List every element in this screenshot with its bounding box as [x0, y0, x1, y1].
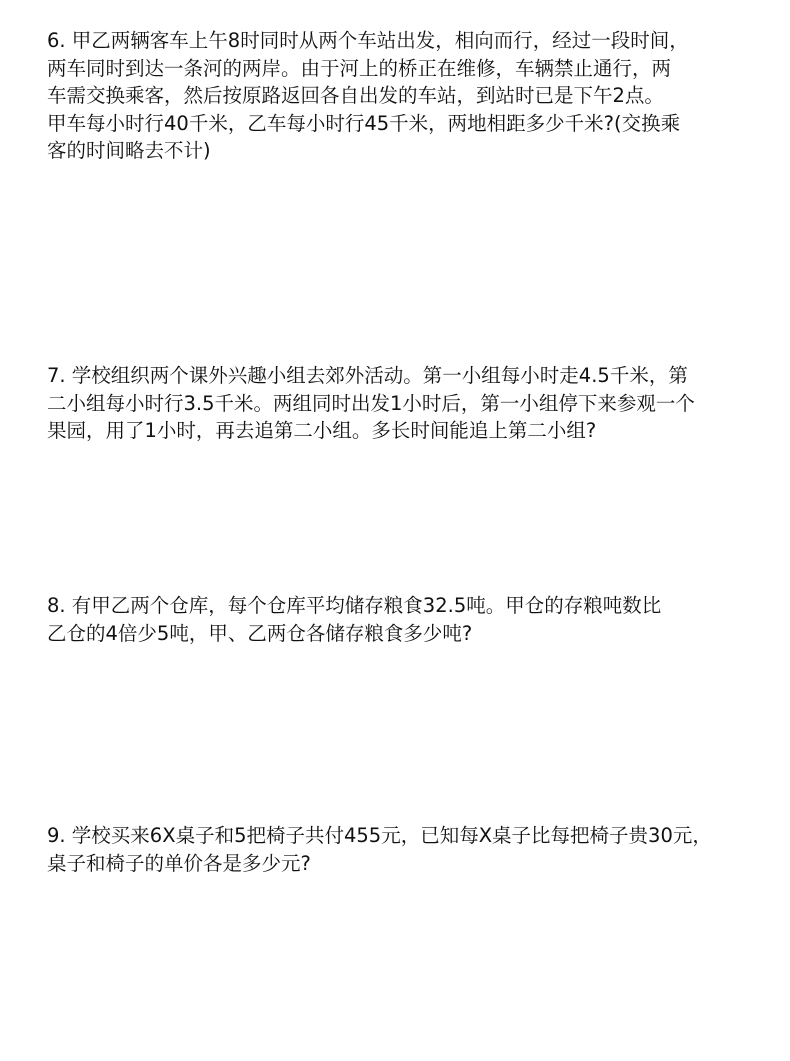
question-8-line-2: 乙仓的4倍少5吨，甲、乙两仓各储存粮食多少吨?: [47, 620, 727, 648]
question-7-line-3: 果园，用了1小时，再去追第二小组。多长时间能追上第二小组?: [47, 417, 727, 445]
question-7: 7. 学校组织两个课外兴趣小组去郊外活动。第一小组每小时走4.5千米，第 二小组…: [47, 362, 727, 445]
question-6-line-3: 车需交换乘客，然后按原路返回各自出发的车站，到站时已是下午2点。: [47, 82, 727, 110]
question-9-line-2: 桌子和椅子的单价各是多少元?: [47, 850, 727, 878]
question-7-line-1: 7. 学校组织两个课外兴趣小组去郊外活动。第一小组每小时走4.5千米，第: [47, 362, 727, 390]
question-8: 8. 有甲乙两个仓库，每个仓库平均储存粮食32.5吨。甲仓的存粮吨数比 乙仓的4…: [47, 592, 727, 647]
question-6: 6. 甲乙两辆客车上午8时同时从两个车站出发，相向而行，经过一段时间， 两车同时…: [47, 27, 727, 165]
question-9-line-1: 9. 学校买来6X桌子和5把椅子共付455元，已知每X桌子比每把椅子贵30元，: [47, 822, 727, 850]
question-9: 9. 学校买来6X桌子和5把椅子共付455元，已知每X桌子比每把椅子贵30元， …: [47, 822, 727, 877]
question-6-line-4: 甲车每小时行40千米，乙车每小时行45千米，两地相距多少千米?(交换乘: [47, 110, 727, 138]
question-7-line-2: 二小组每小时行3.5千米。两组同时出发1小时后，第一小组停下来参观一个: [47, 390, 727, 418]
question-6-line-1: 6. 甲乙两辆客车上午8时同时从两个车站出发，相向而行，经过一段时间，: [47, 27, 727, 55]
question-8-line-1: 8. 有甲乙两个仓库，每个仓库平均储存粮食32.5吨。甲仓的存粮吨数比: [47, 592, 727, 620]
question-6-line-2: 两车同时到达一条河的两岸。由于河上的桥正在维修，车辆禁止通行，两: [47, 55, 727, 83]
question-6-line-5: 客的时间略去不计): [47, 137, 727, 165]
